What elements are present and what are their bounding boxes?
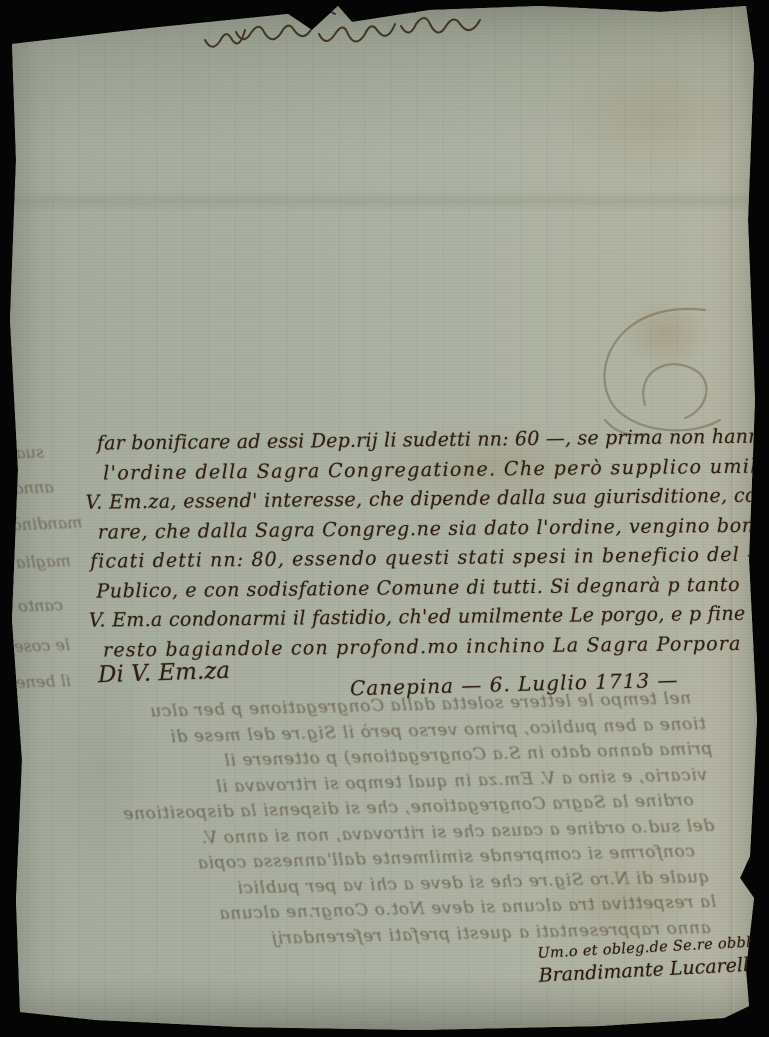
horizontal-fold-crease [0, 190, 769, 212]
manuscript-page: far bonificare ad essi Dep.rij li sudett… [0, 0, 769, 1037]
showthrough-fragment: maglia [16, 551, 71, 572]
showthrough-fragment: il bene [16, 671, 71, 692]
verso-showthrough-text: nel tempo le lettere soletta dalla Congr… [55, 686, 711, 957]
showthrough-fragment: anna [14, 477, 54, 497]
showthrough-fragment: canto [18, 595, 64, 616]
paper-bottom-shading [0, 977, 769, 1037]
showthrough-fragment: sua [16, 443, 45, 463]
showthrough-fragment: mandinò [12, 513, 83, 534]
letter-body: far bonificare ad essi Dep.rij li sudett… [95, 423, 761, 666]
valediction: Di V. Em.za [98, 658, 231, 689]
showthrough-fragment: le cose [14, 635, 71, 656]
scan-background: far bonificare ad essi Dep.rij li sudett… [0, 0, 769, 1037]
inverted-inscription-ink [185, 2, 485, 57]
